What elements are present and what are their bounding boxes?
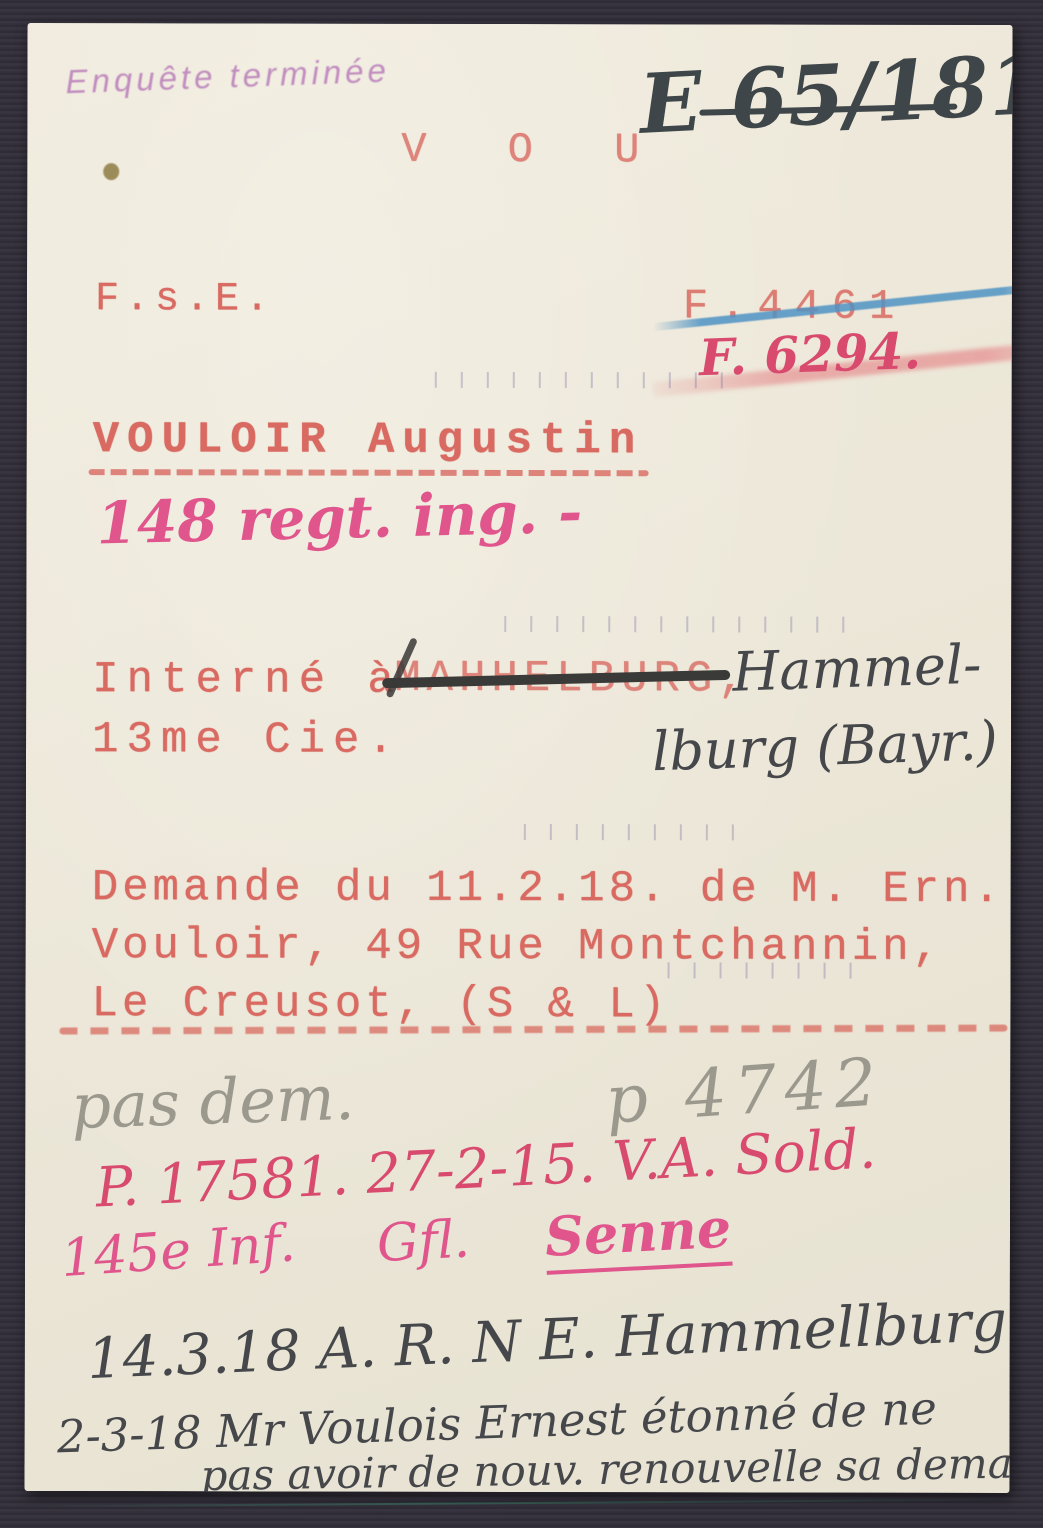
place-handwritten-line1: Hammel-	[731, 633, 982, 704]
request-line-3: Le Creusot, (S & L)	[91, 979, 669, 1030]
pencil-note-pas-dem: pas dem.	[70, 1061, 355, 1143]
company-line: 13me Cie.	[92, 715, 402, 766]
name-line: VOULOIR Augustin	[93, 415, 644, 466]
request-line-1: Demande du 11.2.18. de M. Ern.	[92, 863, 1004, 915]
document-card: Enquête terminée V O U E 65/181 F.s.E. F…	[24, 23, 1012, 1493]
interned-label: Interné à	[92, 655, 402, 706]
ink-dot	[103, 163, 119, 180]
place-handwritten-line2: lburg (Bayr.)	[651, 709, 999, 783]
bleed-ticks-row-3	[524, 824, 754, 840]
ref-top-handwritten: E 65/181	[637, 37, 1012, 153]
label-fse: F.s.E.	[95, 277, 275, 322]
red-note-145inf: 145e Inf.	[59, 1213, 297, 1289]
request-line-2: Vouloir, 49 Rue Montchannin,	[92, 921, 943, 973]
bleed-ticks-row-1	[435, 372, 725, 389]
title-letters: V O U	[401, 126, 667, 175]
regiment-note: 148 regt. ing. -	[96, 478, 583, 558]
scanner-streak	[0, 1498, 1043, 1507]
bleed-ticks-row-2	[504, 616, 864, 633]
stamp-enquete-terminee: Enquête terminée	[65, 52, 391, 102]
red-note-gfl: Gfl.	[376, 1210, 472, 1275]
ref-f6294: F. 6294.	[698, 321, 922, 387]
red-note-senne: Senne	[543, 1196, 733, 1275]
black-note-ar-hammellburg: 14.3.18 A. R. N E. Hammellburg	[86, 1289, 1008, 1392]
name-underline	[89, 469, 649, 476]
